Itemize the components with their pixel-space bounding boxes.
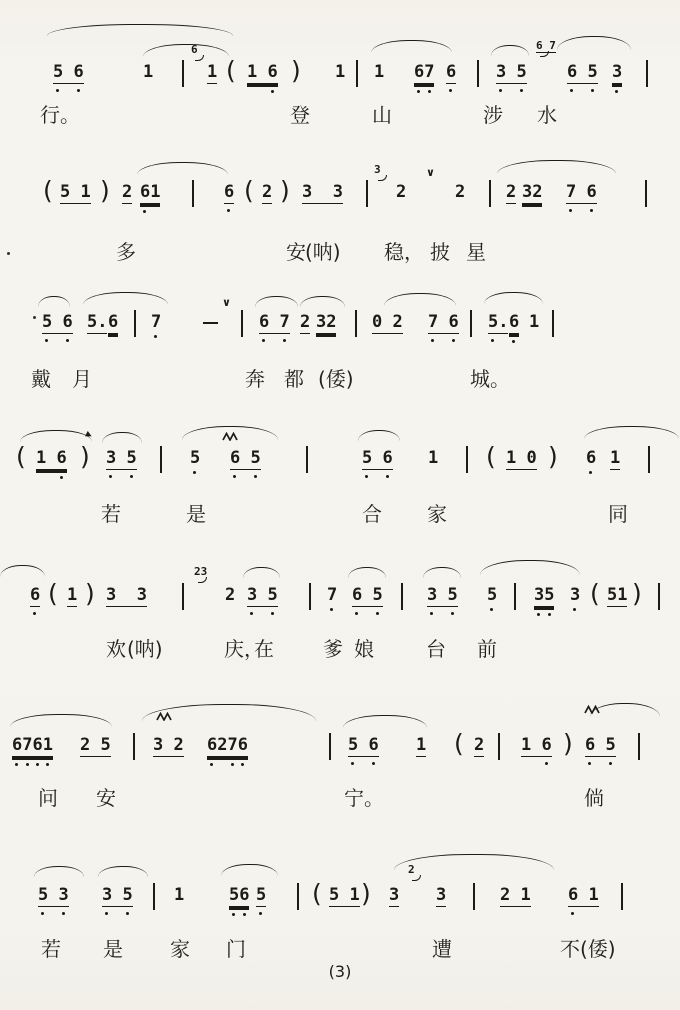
slur — [47, 24, 233, 36]
octave-dot — [590, 209, 593, 212]
octave-dot — [233, 475, 236, 478]
parenthesis: ) — [80, 443, 90, 471]
note-group: 2 — [300, 312, 310, 334]
lyric: 宁。 — [344, 787, 384, 809]
slur — [584, 426, 679, 439]
barline — [134, 310, 136, 337]
note-group: 2 — [225, 585, 235, 605]
octave-dot — [386, 475, 389, 478]
note-group: 5 — [190, 448, 200, 468]
barline — [153, 883, 155, 910]
slur — [102, 432, 142, 443]
octave-dot — [537, 613, 540, 616]
barline — [466, 446, 468, 473]
grace-digits: 6 7 — [536, 39, 556, 53]
grace-digits: 3 — [374, 163, 381, 176]
barline — [297, 883, 299, 910]
octave-dot — [520, 89, 523, 92]
parenthesis: ( — [226, 57, 236, 85]
barline — [514, 583, 516, 610]
barline — [473, 883, 475, 910]
grace-notes: 2 — [408, 864, 421, 881]
octave-dot — [428, 90, 431, 93]
note-group: 5 — [487, 585, 497, 605]
octave-dot — [452, 339, 455, 342]
octave-dot — [15, 763, 18, 766]
note-group: 6761 — [12, 735, 53, 757]
octave-dot — [588, 762, 591, 765]
octave-dot — [33, 612, 36, 615]
slur — [423, 567, 461, 578]
barline — [160, 446, 162, 473]
octave-dot — [417, 90, 420, 93]
parenthesis: ) — [361, 880, 371, 908]
slur — [221, 864, 278, 876]
octave-dot — [491, 339, 494, 342]
parenthesis: ) — [632, 580, 642, 608]
note-group: 35 — [534, 585, 554, 607]
note-group: 1 6 — [521, 735, 552, 757]
note-group: 1 — [67, 585, 77, 607]
parenthesis: ) — [291, 57, 301, 85]
octave-dot — [262, 339, 265, 342]
lyric: 前 — [477, 638, 497, 660]
lyric: (呐) — [127, 638, 163, 660]
octave-dot — [330, 608, 333, 611]
parenthesis: ) — [563, 730, 573, 758]
octave-dot — [431, 339, 434, 342]
octave-dot — [545, 762, 548, 765]
note-group: 0 2 — [372, 312, 403, 334]
note-group: 1 — [335, 62, 345, 82]
note-group: 6 5 — [585, 735, 616, 757]
octave-dot — [271, 90, 274, 93]
lyric: 不 — [560, 938, 580, 960]
note-group: 3 3 — [106, 585, 147, 607]
note-group: 5 3 — [38, 885, 69, 907]
parenthesis: ( — [454, 730, 464, 758]
lyric: 合 — [362, 503, 382, 525]
slur — [98, 866, 148, 877]
mordent-ornament — [222, 432, 240, 441]
note-group: 3 5 — [496, 62, 527, 84]
mordent-ornament — [156, 712, 174, 721]
lyric: (呐) — [305, 241, 341, 263]
octave-dot — [351, 762, 354, 765]
parenthesis: ( — [244, 177, 254, 205]
lyric: 爹 — [323, 638, 343, 660]
note-group: 2 1 — [500, 885, 531, 907]
octave-dot — [355, 612, 358, 615]
octave-dot — [615, 90, 618, 93]
note-group: 7 — [151, 312, 161, 332]
parenthesis: ) — [100, 177, 110, 205]
slur — [300, 296, 345, 307]
note-group: 2 — [474, 735, 484, 757]
slur — [358, 430, 400, 441]
slur — [137, 162, 228, 175]
note-group: 2 — [396, 182, 406, 202]
slur — [83, 292, 168, 305]
note-group: 5 1 — [60, 182, 91, 204]
note-group: 3 — [612, 62, 622, 84]
barline — [621, 883, 623, 910]
note-group: 2 — [262, 182, 272, 204]
note-group: 1 — [529, 312, 539, 332]
grace-notes: 23 — [194, 566, 207, 583]
lyric: (倭) — [318, 368, 354, 390]
note-group: 7 — [327, 585, 337, 605]
note-group: 67 — [414, 62, 434, 84]
parenthesis: ) — [85, 580, 95, 608]
octave-dot — [571, 912, 574, 915]
lyric: 戴 — [31, 368, 51, 390]
barline — [638, 733, 640, 760]
octave-dot — [46, 763, 49, 766]
lyric: 同 — [608, 503, 628, 525]
note-group: 5 6 — [42, 312, 73, 334]
grace-digits: 2 — [408, 863, 415, 876]
lyric: 登 — [290, 104, 310, 126]
slur — [480, 560, 580, 575]
lyric: 奔 — [245, 368, 265, 390]
octave-dot — [77, 89, 80, 92]
lyric: 披 — [430, 241, 450, 263]
note-group: 5. — [87, 312, 107, 334]
note-group: 3 5 — [427, 585, 458, 607]
note-group: 6 — [586, 448, 596, 468]
barline — [498, 733, 500, 760]
note-group: 2 5 — [80, 735, 111, 757]
slur — [343, 715, 427, 728]
octave-dot — [227, 209, 230, 212]
note-group: 6 1 — [568, 885, 599, 907]
lyric: 倘 — [584, 787, 604, 809]
octave-dot — [271, 612, 274, 615]
slur — [10, 714, 112, 727]
barline — [646, 60, 648, 87]
lyric: 家 — [427, 503, 447, 525]
parenthesis: ( — [486, 443, 496, 471]
parenthesis: ( — [48, 580, 58, 608]
lyric: 稳， — [384, 241, 424, 263]
lyric: 娘 — [354, 638, 374, 660]
octave-dot — [126, 912, 129, 915]
lyric: 城。 — [470, 368, 510, 390]
lyric: 家 — [170, 938, 190, 960]
breath-mark: ∨ — [426, 167, 435, 178]
octave-dot — [232, 913, 235, 916]
barline — [645, 180, 647, 207]
octave-dot — [451, 612, 454, 615]
note-group: 5 6 — [348, 735, 379, 757]
ink-speck — [33, 316, 36, 319]
slur — [497, 160, 616, 174]
octave-dot — [143, 210, 146, 213]
octave-dot — [130, 475, 133, 478]
slur — [384, 293, 456, 306]
barline — [182, 583, 184, 610]
barline — [192, 180, 194, 207]
lyric: 若 — [101, 503, 121, 525]
note-group: 3 — [436, 885, 446, 907]
octave-dot — [154, 335, 157, 338]
lyric: 欢 — [106, 638, 126, 660]
note-group: 3 5 — [102, 885, 133, 907]
note-group: 3 2 — [153, 735, 184, 757]
lyric: 水 — [537, 104, 557, 126]
lyric: 多 — [116, 241, 136, 263]
slur — [255, 296, 298, 307]
octave-dot — [109, 475, 112, 478]
barline — [552, 310, 554, 337]
note-group: 2 — [506, 182, 516, 204]
octave-dot — [105, 912, 108, 915]
note-group: 56 — [229, 885, 249, 907]
lyric: 安 — [286, 241, 306, 263]
note-group: 6 5 — [230, 448, 261, 470]
note-group: 1 6 — [36, 448, 67, 470]
octave-dot — [570, 89, 573, 92]
lyric: 是 — [103, 938, 123, 960]
lyric: 星 — [466, 241, 486, 263]
lyric: 月 — [72, 368, 92, 390]
note-group: 6 — [224, 182, 234, 204]
lyric: 若 — [41, 938, 61, 960]
note-group: 6 7 — [259, 312, 290, 334]
note-group: 51 — [607, 585, 627, 607]
octave-dot — [512, 340, 515, 343]
barline — [133, 733, 135, 760]
page-number: (3) — [0, 962, 680, 981]
grace-notes: 6 7 — [536, 40, 556, 57]
octave-dot — [591, 89, 594, 92]
barline — [470, 310, 472, 337]
barline — [648, 446, 650, 473]
note-group: 1 0 — [506, 448, 537, 470]
note-group: 1 — [174, 885, 184, 905]
slur — [0, 565, 45, 577]
slur — [38, 296, 70, 307]
note-group: 3 5 — [247, 585, 278, 607]
note-group: 7 6 — [428, 312, 459, 334]
octave-dot — [62, 912, 65, 915]
lyric: 问 — [38, 787, 58, 809]
parenthesis: ) — [280, 177, 290, 205]
sheet-music-page: 5 611(1 6)116763 56 5366 7行。登山涉水(5 1)261… — [0, 0, 680, 1010]
note-group: 6 — [108, 312, 118, 334]
octave-dot — [241, 763, 244, 766]
parenthesis: ( — [312, 880, 322, 908]
octave-dot — [376, 612, 379, 615]
note-group: 5. — [488, 312, 508, 334]
parenthesis: ( — [43, 177, 53, 205]
slur — [348, 567, 386, 578]
lyric: 在 — [254, 638, 274, 660]
breath-mark: ∨ — [222, 297, 231, 308]
barline — [309, 583, 311, 610]
lyric: 行。 — [40, 104, 80, 126]
octave-dot — [56, 89, 59, 92]
barline — [477, 60, 479, 87]
octave-dot — [259, 912, 262, 915]
note-group: 1 — [610, 448, 620, 470]
octave-dot — [548, 613, 551, 616]
barline — [658, 583, 660, 610]
lyric: 涉 — [483, 104, 503, 126]
lyric: 遭 — [432, 938, 452, 960]
grace-notes: 3 — [374, 164, 387, 181]
barline — [366, 180, 368, 207]
octave-dot — [243, 913, 246, 916]
lyric: 是 — [186, 503, 206, 525]
lyric: 台 — [426, 638, 446, 660]
mordent-ornament — [584, 705, 602, 714]
duration-dash — [203, 322, 218, 324]
barline — [329, 733, 331, 760]
note-group: 1 6 — [247, 62, 278, 84]
ink-speck — [7, 252, 10, 255]
note-group: 5 6 — [53, 62, 84, 84]
octave-dot — [193, 471, 196, 474]
note-group: 5 6 — [362, 448, 393, 470]
note-group: 5 — [256, 885, 266, 907]
note-group: 32 — [522, 182, 542, 204]
octave-dot — [254, 475, 257, 478]
octave-dot — [60, 476, 63, 479]
note-group: 1 — [416, 735, 426, 757]
octave-dot — [449, 89, 452, 92]
note-group: 3 5 — [106, 448, 137, 470]
note-group: 1 — [374, 62, 384, 82]
note-group: 6 5 — [567, 62, 598, 84]
note-group: 6 — [446, 62, 456, 84]
barline — [241, 310, 243, 337]
barline — [356, 60, 358, 87]
note-group: 2 — [455, 182, 465, 202]
octave-dot — [210, 763, 213, 766]
octave-dot — [66, 339, 69, 342]
barline — [306, 446, 308, 473]
slur — [143, 44, 229, 57]
slur — [20, 430, 92, 442]
octave-dot — [372, 762, 375, 765]
grace-digits: 6 — [191, 43, 198, 56]
barline — [489, 180, 491, 207]
octave-dot — [45, 339, 48, 342]
octave-dot — [41, 912, 44, 915]
lyric: 门 — [226, 938, 246, 960]
parenthesis: ( — [16, 443, 26, 471]
octave-dot — [26, 763, 29, 766]
slur — [484, 292, 543, 304]
lyric: (倭) — [580, 938, 616, 960]
octave-dot — [365, 475, 368, 478]
note-group: 6 — [509, 312, 519, 334]
octave-dot — [430, 612, 433, 615]
note-group: 61 — [140, 182, 160, 204]
note-group: 5 1 — [329, 885, 360, 907]
lyric: 都 — [284, 368, 304, 390]
note-group: 1 — [428, 448, 438, 468]
octave-dot — [569, 209, 572, 212]
note-group: 1 — [143, 62, 153, 82]
parenthesis: ) — [548, 443, 558, 471]
note-group: 32 — [316, 312, 336, 334]
note-group: 7 6 — [566, 182, 597, 204]
note-group: 6 5 — [352, 585, 383, 607]
lyric: 山 — [372, 104, 392, 126]
octave-dot — [609, 762, 612, 765]
octave-dot — [573, 608, 576, 611]
octave-dot — [250, 612, 253, 615]
barline — [355, 310, 357, 337]
note-group: 1 — [207, 62, 217, 84]
note-group: 3 — [570, 585, 580, 605]
barline — [182, 60, 184, 87]
slur — [491, 45, 529, 56]
octave-dot — [36, 763, 39, 766]
octave-dot — [589, 471, 592, 474]
slur — [243, 567, 280, 578]
note-group: 3 3 — [302, 182, 343, 204]
slur — [371, 40, 452, 53]
grace-notes: 6 — [191, 44, 204, 61]
note-group: 3 — [389, 885, 399, 907]
note-group: 6 — [30, 585, 40, 607]
octave-dot — [283, 339, 286, 342]
note-group: 6276 — [207, 735, 248, 757]
parenthesis: ( — [590, 580, 600, 608]
note-group: 2 — [122, 182, 132, 204]
octave-dot — [499, 89, 502, 92]
octave-dot — [490, 608, 493, 611]
octave-dot — [231, 763, 234, 766]
slur — [557, 36, 631, 50]
lyric: 安 — [96, 787, 116, 809]
slur — [34, 866, 84, 877]
grace-digits: 23 — [194, 565, 207, 578]
barline — [401, 583, 403, 610]
